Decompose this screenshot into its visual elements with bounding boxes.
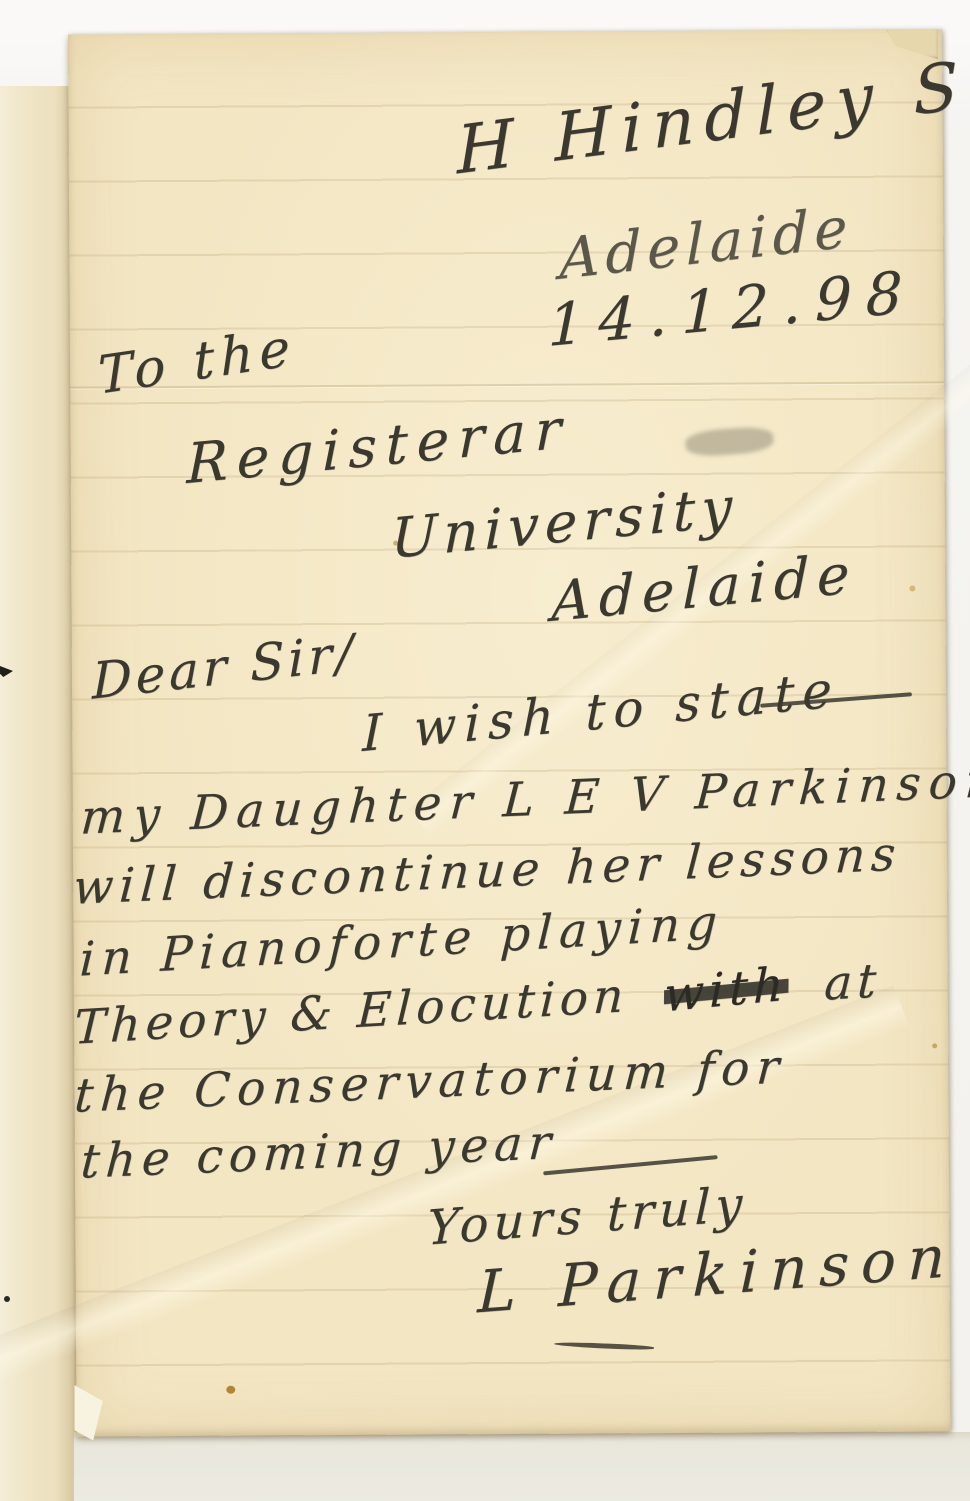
recipient-registrar-line: Registerar [186,396,570,496]
salutation-line: Dear Sir/ [92,623,357,711]
foxing-spot [932,1043,937,1048]
underlying-sheet [74,1432,970,1501]
torn-bottom-left-corner [74,1382,104,1440]
signature-flourish [554,1341,654,1351]
ink-smudge [685,425,775,458]
body-line-5-correction: at [823,953,882,1012]
sender-address-line: H Hindley St [456,41,970,189]
scanned-letter-document: H Hindley St Adelaide 14.12.98 To the Re… [0,0,970,1501]
letter-page: H Hindley St Adelaide 14.12.98 To the Re… [68,29,951,1436]
facing-page-edge [0,86,80,1501]
ink-speck-left-edge [4,1296,10,1302]
recipient-to-line: To the [97,317,297,406]
strikethrough-word: with [664,957,789,1024]
foxing-spot [909,586,915,592]
foxing-spot [226,1386,235,1394]
